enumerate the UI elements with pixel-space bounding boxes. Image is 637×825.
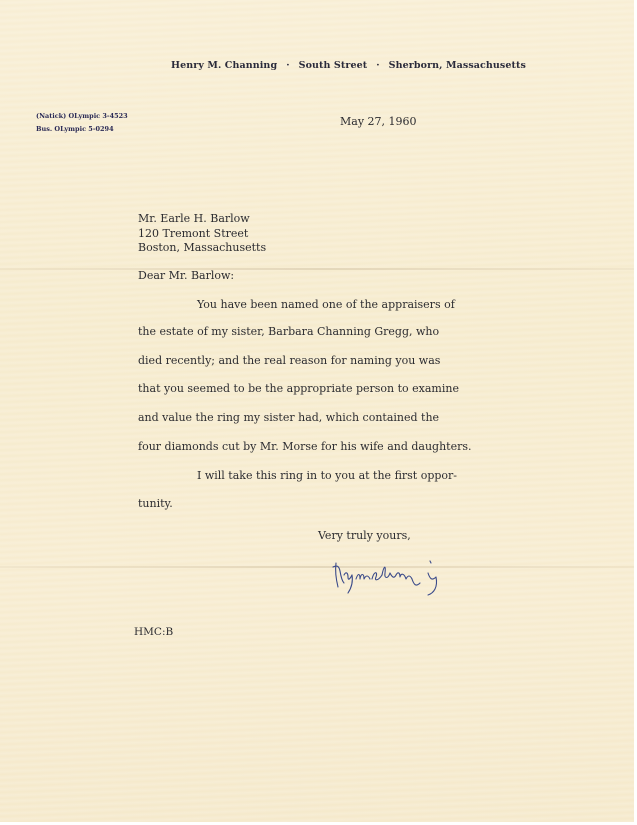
body-line: four diamonds cut by Mr. Morse for his w… (138, 440, 472, 453)
letter-paper: Henry M. Channing·South Street·Sherborn,… (0, 0, 634, 822)
salutation: Dear Mr. Barlow: (138, 269, 234, 282)
fold-line (0, 268, 634, 270)
recipient-street: 120 Tremont Street (138, 227, 266, 242)
letterhead-separator: · (286, 60, 289, 71)
letterhead-city: Sherborn, Massachusetts (389, 60, 526, 71)
closing: Very truly yours, (318, 529, 411, 542)
body-line: and value the ring my sister had, which … (138, 411, 439, 424)
recipient-city: Boston, Massachusetts (138, 241, 266, 256)
body-line: the estate of my sister, Barbara Channin… (138, 325, 439, 338)
home-phone: (Natick) OLympic 3-4523 (36, 110, 128, 123)
body-line: that you seemed to be the appropriate pe… (138, 382, 459, 395)
recipient-address: Mr. Earle H. Barlow 120 Tremont Street B… (138, 212, 266, 256)
fold-line (0, 566, 634, 568)
letterhead-separator: · (376, 60, 379, 71)
reference-initials: HMC:B (134, 626, 173, 638)
body-line: tunity. (138, 497, 173, 510)
letterhead-name: Henry M. Channing (171, 60, 277, 71)
body-line: You have been named one of the appraiser… (197, 298, 455, 311)
letterhead-street: South Street (299, 60, 368, 71)
recipient-name: Mr. Earle H. Barlow (138, 212, 266, 227)
business-phone: Bus. OLympic 5-0294 (36, 123, 128, 136)
letterhead: Henry M. Channing·South Street·Sherborn,… (171, 60, 526, 71)
body-line: died recently; and the real reason for n… (138, 354, 440, 367)
signature-icon (330, 557, 445, 601)
body-line: I will take this ring in to you at the f… (197, 469, 457, 482)
phone-numbers: (Natick) OLympic 3-4523 Bus. OLympic 5-0… (36, 110, 128, 136)
letter-date: May 27, 1960 (340, 115, 417, 128)
